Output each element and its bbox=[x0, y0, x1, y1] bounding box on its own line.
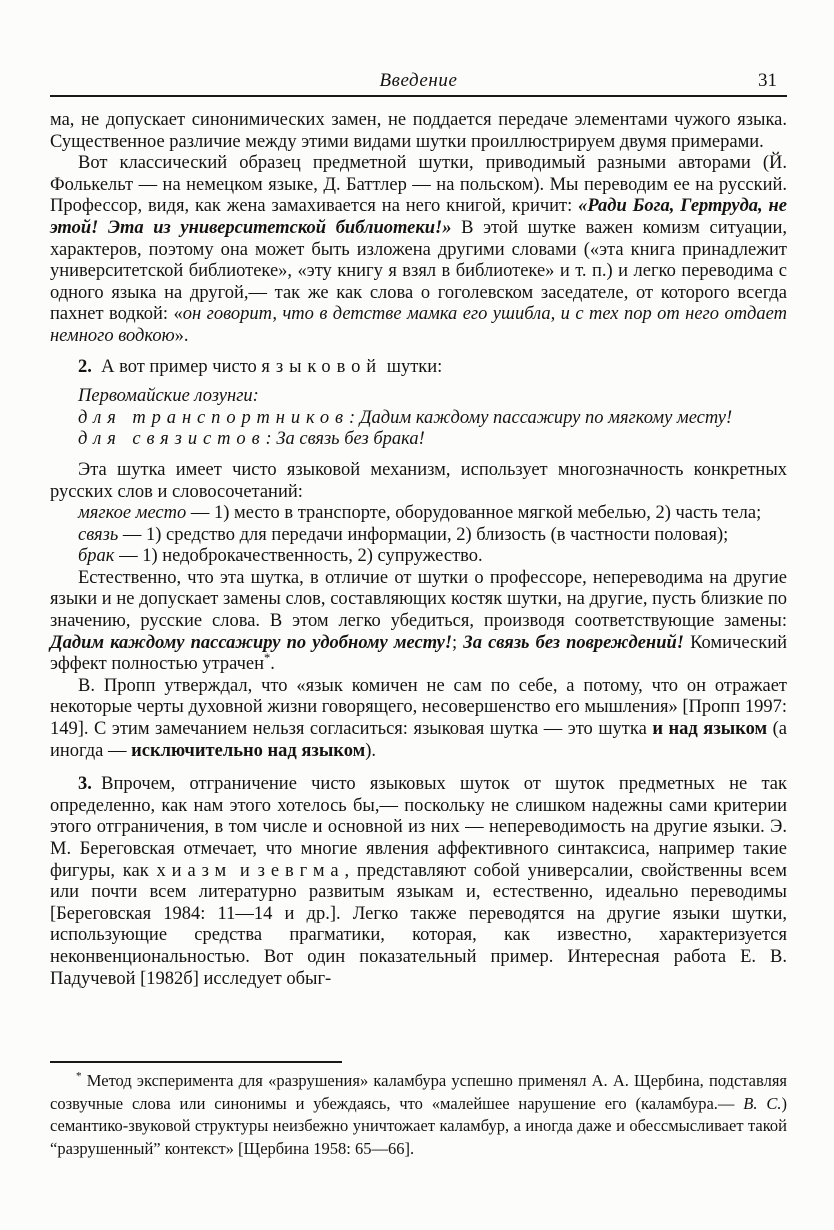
text-run: . bbox=[270, 654, 275, 674]
text-run: Естественно, что эта шутка, в отличие от… bbox=[50, 568, 787, 631]
paragraph: Эта шутка имеет чисто языковой механизм,… bbox=[50, 460, 787, 503]
paragraph: 2. А вот пример чисто языковой шутки: bbox=[50, 357, 787, 379]
footnote-rule bbox=[50, 1061, 342, 1063]
page-number: 31 bbox=[758, 70, 777, 92]
text-run: Метод эксперимента для «разрушения» кала… bbox=[50, 1071, 787, 1113]
text-run: ; bbox=[452, 633, 463, 653]
paragraph: В. Пропп утверждал, что «язык комичен не… bbox=[50, 676, 787, 762]
running-title: Введение bbox=[50, 70, 787, 92]
text-run: Дадим каждому пассажиру по удобному мест… bbox=[50, 633, 452, 653]
text-run: шутки: bbox=[382, 357, 442, 377]
paragraph: 3. Впрочем, отграничение чисто языковых … bbox=[50, 774, 787, 990]
paragraph: Первомайские лозунги: bbox=[50, 386, 787, 408]
text-run: 2. bbox=[78, 357, 92, 377]
text-run: языковой bbox=[261, 357, 382, 377]
body-text: ма, не допускает синонимических замен, н… bbox=[50, 110, 787, 990]
text-run: ». bbox=[175, 326, 189, 346]
text-run: ). bbox=[365, 741, 376, 761]
book-page: Введение 31 ма, не допускает синонимичес… bbox=[0, 0, 834, 1230]
text-run: связь bbox=[78, 525, 118, 545]
text-run: Эта шутка имеет чисто языковой механизм,… bbox=[50, 460, 787, 502]
page-header: Введение 31 bbox=[50, 70, 787, 96]
text-run: А вот пример чисто bbox=[92, 357, 262, 377]
paragraph: Вот классический образец предметной шутк… bbox=[50, 153, 787, 347]
text-run: для транспортников bbox=[78, 408, 349, 428]
paragraph: мягкое место — 1) место в транспорте, об… bbox=[50, 503, 787, 525]
text-run: : Дадим каждому пассажиру по мягкому мес… bbox=[349, 408, 732, 428]
footnote-text: * Метод эксперимента для «разрушения» ка… bbox=[50, 1070, 787, 1160]
text-run: — 1) место в транспорте, оборудованное м… bbox=[186, 503, 761, 523]
paragraph: для транспортников: Дадим каждому пассаж… bbox=[50, 408, 787, 430]
text-run: — 1) недоброкачественность, 2) супружест… bbox=[114, 546, 482, 566]
paragraph: брак — 1) недоброкачественность, 2) супр… bbox=[50, 546, 787, 568]
footnote: * Метод эксперимента для «разрушения» ка… bbox=[50, 1070, 787, 1160]
text-run: В. С. bbox=[743, 1094, 781, 1113]
paragraph: связь — 1) средство для передачи информа… bbox=[50, 525, 787, 547]
text-run: ма, не допускает синонимических замен, н… bbox=[50, 110, 787, 152]
paragraph: Естественно, что эта шутка, в отличие от… bbox=[50, 568, 787, 676]
text-run: зевгма bbox=[258, 861, 345, 881]
text-run: 3. bbox=[78, 774, 92, 794]
text-run: За связь без повреждений! bbox=[463, 633, 684, 653]
text-run: хиазм bbox=[156, 861, 232, 881]
text-run: мягкое место bbox=[78, 503, 186, 523]
text-run: — 1) средство для передачи информации, 2… bbox=[118, 525, 728, 545]
paragraph: ма, не допускает синонимических замен, н… bbox=[50, 110, 787, 153]
text-run: и bbox=[232, 861, 257, 881]
text-run: Первомайские лозунги: bbox=[78, 386, 259, 406]
text-run: брак bbox=[78, 546, 114, 566]
text-run: исключительно над языком bbox=[131, 741, 365, 761]
text-run: и над языком bbox=[652, 719, 767, 739]
paragraph: для связистов: За связь без брака! bbox=[50, 429, 787, 451]
header-rule bbox=[50, 95, 787, 97]
text-run: : За связь без брака! bbox=[266, 429, 425, 449]
text-run: для связистов bbox=[78, 429, 266, 449]
